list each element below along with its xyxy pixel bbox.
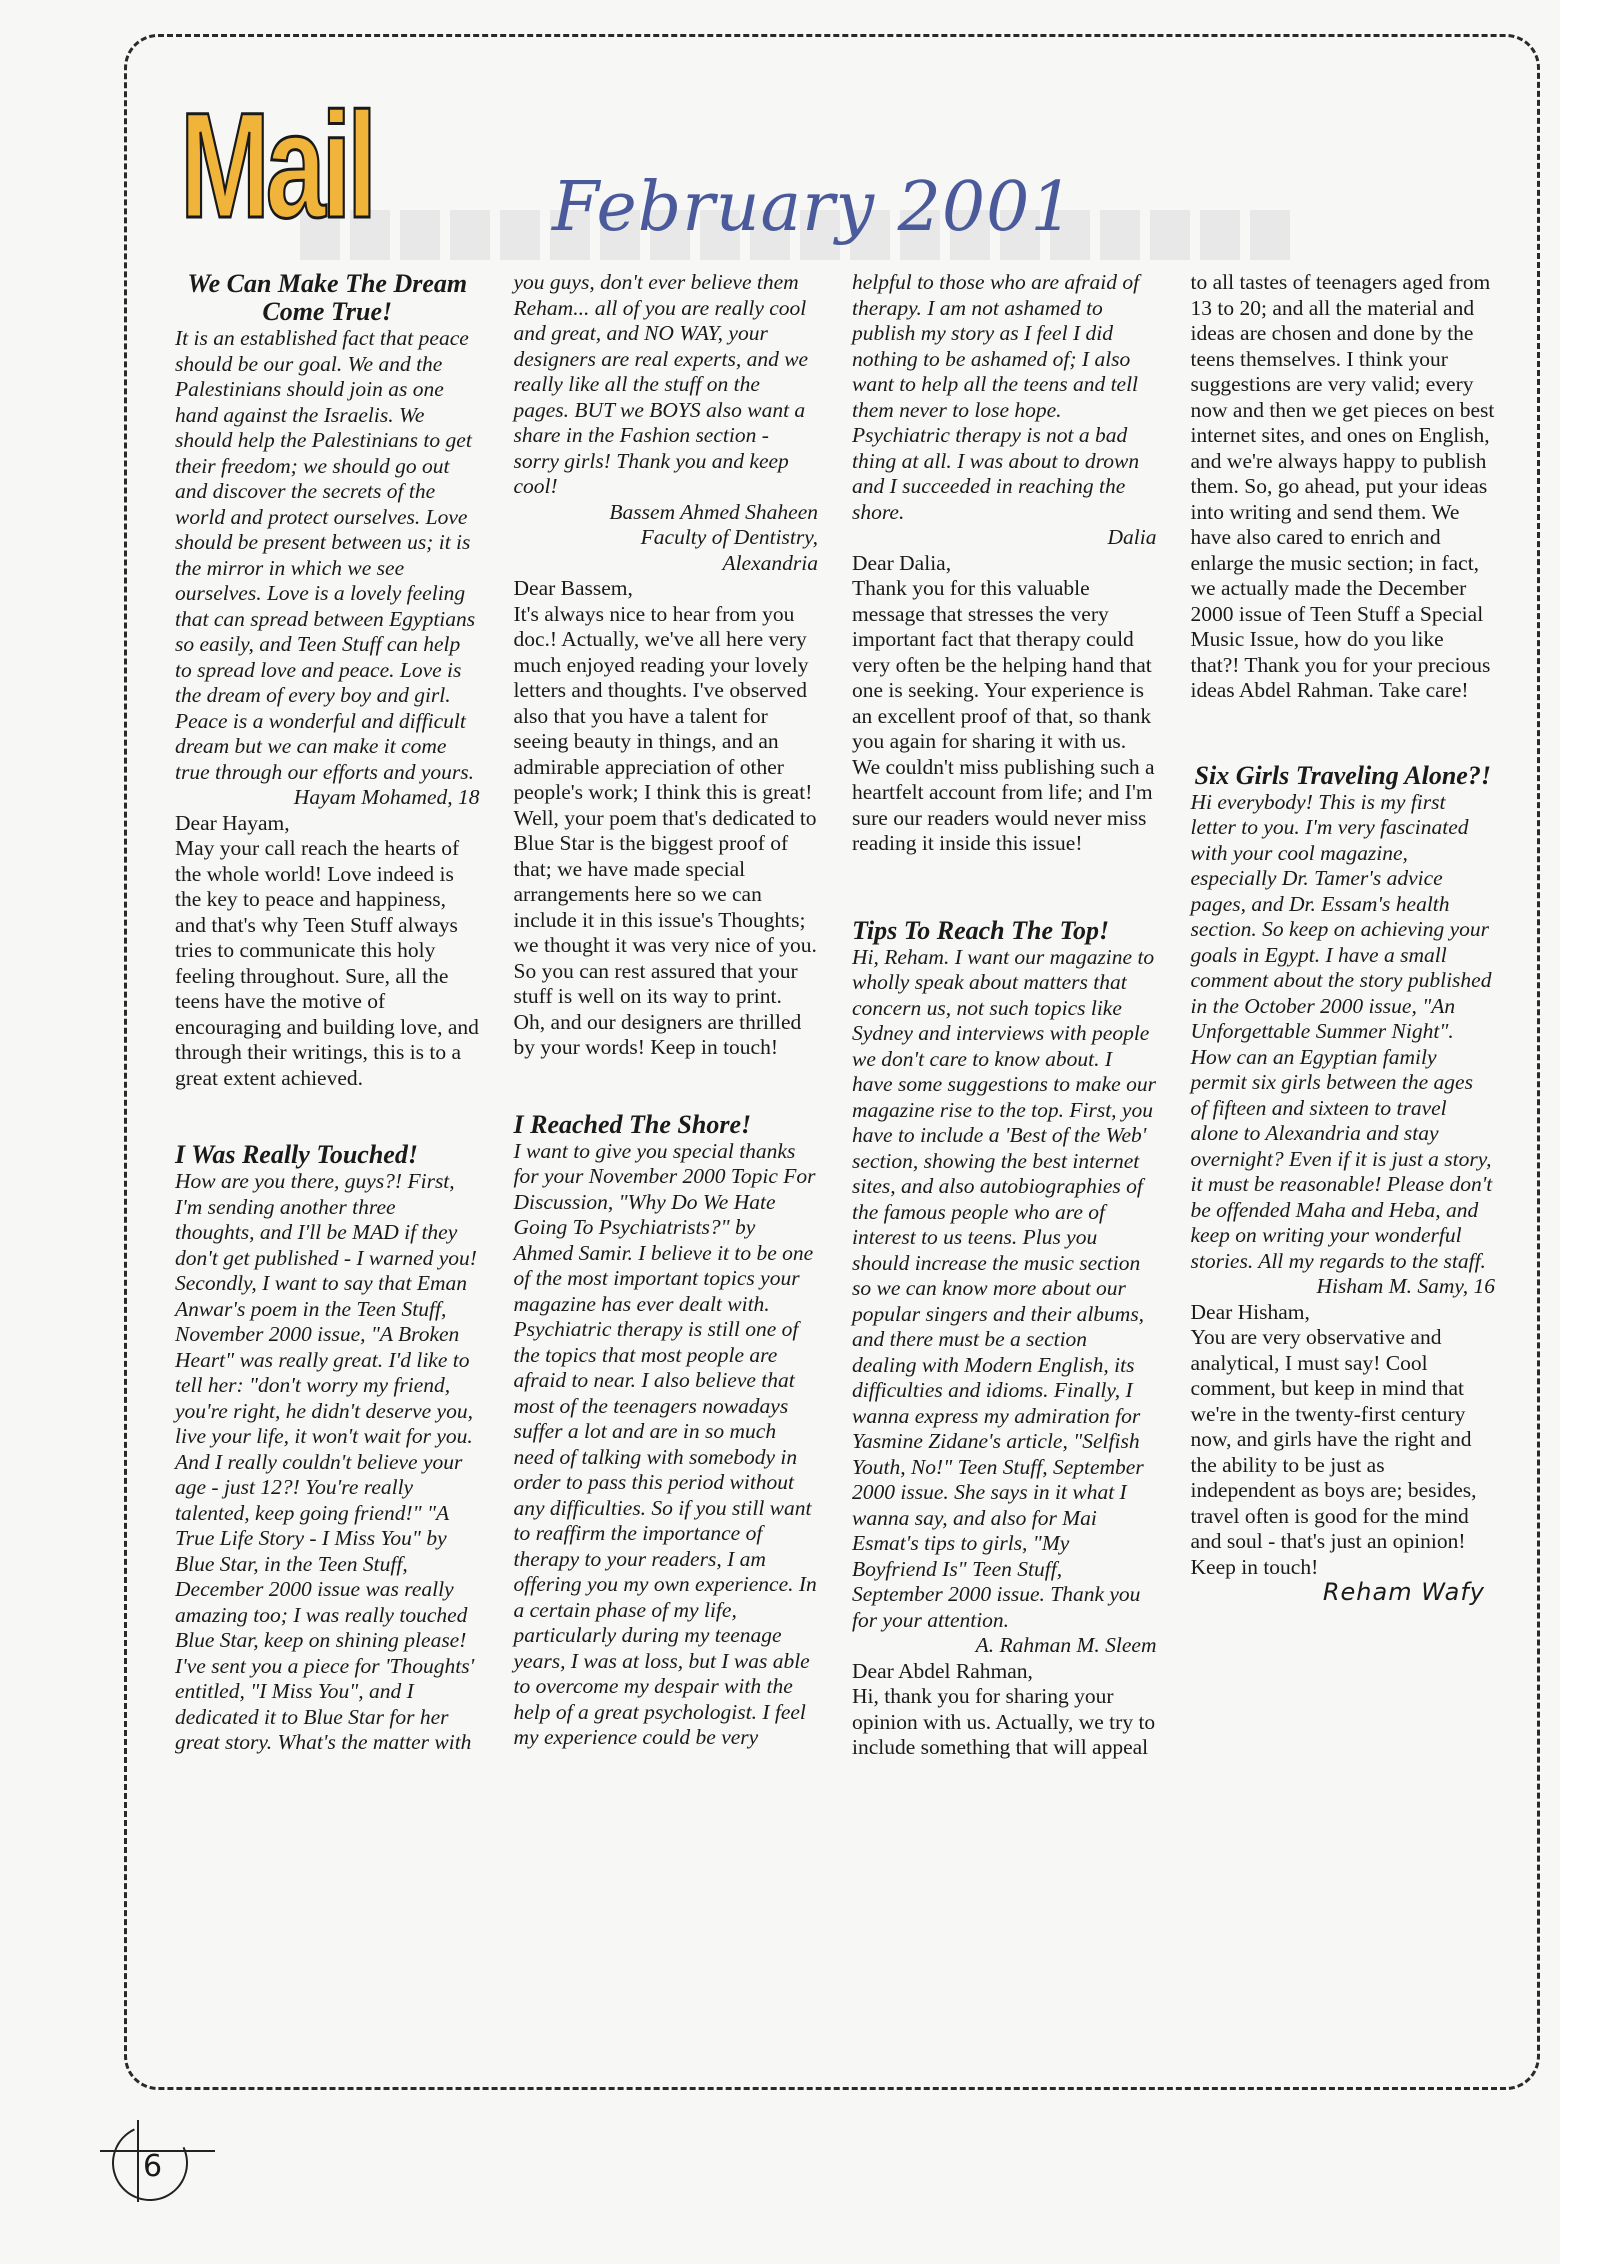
letter-body: I want to give you special thanks for yo… bbox=[514, 1139, 819, 1751]
letter-signature: Bassem Ahmed Shaheen bbox=[514, 500, 819, 526]
reply-salutation: Dear Dalia, bbox=[852, 551, 1157, 577]
reply-body: May your call reach the hearts of the wh… bbox=[175, 836, 480, 1091]
letter-body: Hi, Reham. I want our magazine to wholly… bbox=[852, 945, 1157, 1634]
reply-body: Hi, thank you for sharing your opinion w… bbox=[852, 1684, 1157, 1761]
letter-heading: We Can Make The Dream Come True! bbox=[175, 270, 480, 326]
page-header: Mail February 2001 bbox=[140, 60, 1440, 260]
page-number: 6 bbox=[143, 2152, 162, 2182]
reply-body-continued: to all tastes of teenagers aged from 13 … bbox=[1191, 270, 1496, 704]
column-3: helpful to those who are afraid of thera… bbox=[852, 270, 1157, 1811]
reply-salutation: Dear Hisham, bbox=[1191, 1300, 1496, 1326]
letter-body: How are you there, guys?! First, I'm sen… bbox=[175, 1169, 480, 1756]
letter-heading: I Reached The Shore! bbox=[514, 1111, 819, 1139]
letter-signature: Hisham M. Samy, 16 bbox=[1191, 1274, 1496, 1300]
letter-signature: Hayam Mohamed, 18 bbox=[175, 785, 480, 811]
letter: Tips To Reach The Top! Hi, Reham. I want… bbox=[852, 917, 1157, 1761]
paper-edge bbox=[1560, 0, 1600, 2264]
letter: I Was Really Touched! How are you there,… bbox=[175, 1141, 480, 1756]
letters-columns: We Can Make The Dream Come True! It is a… bbox=[175, 270, 1495, 1811]
column-1: We Can Make The Dream Come True! It is a… bbox=[175, 270, 480, 1811]
letter-body-continued: helpful to those who are afraid of thera… bbox=[852, 270, 1157, 525]
letter: We Can Make The Dream Come True! It is a… bbox=[175, 270, 480, 1091]
letter-signature: Dalia bbox=[852, 525, 1157, 551]
letter-heading: Tips To Reach The Top! bbox=[852, 917, 1157, 945]
letter-continuation: helpful to those who are afraid of thera… bbox=[852, 270, 1157, 857]
letter: I Reached The Shore! I want to give you … bbox=[514, 1111, 819, 1751]
letter: Six Girls Traveling Alone?! Hi everybody… bbox=[1191, 762, 1496, 1606]
letter-signature-city: Alexandria bbox=[514, 551, 819, 577]
reply-continuation: to all tastes of teenagers aged from 13 … bbox=[1191, 270, 1496, 704]
letter-heading: I Was Really Touched! bbox=[175, 1141, 480, 1169]
issue-date: February 2001 bbox=[552, 168, 1075, 247]
letter-signature: A. Rahman M. Sleem bbox=[852, 1633, 1157, 1659]
reply-body: You are very observative and analytical,… bbox=[1191, 1325, 1496, 1580]
reply-salutation: Dear Abdel Rahman, bbox=[852, 1659, 1157, 1685]
letter-signature-affiliation: Faculty of Dentistry, bbox=[514, 525, 819, 551]
reply-salutation: Dear Bassem, bbox=[514, 576, 819, 602]
letter-body: Hi everybody! This is my first letter to… bbox=[1191, 790, 1496, 1275]
reply-body: Thank you for this valuable message that… bbox=[852, 576, 1157, 857]
letter-body-continued: you guys, don't ever believe them Reham.… bbox=[514, 270, 819, 500]
reply-body: It's always nice to hear from you doc.! … bbox=[514, 602, 819, 1061]
column-2: you guys, don't ever believe them Reham.… bbox=[514, 270, 819, 1811]
letter-heading: Six Girls Traveling Alone?! bbox=[1191, 762, 1496, 790]
letter-body: It is an established fact that peace sho… bbox=[175, 326, 480, 785]
letter-continuation: you guys, don't ever believe them Reham.… bbox=[514, 270, 819, 1061]
section-title-logo: Mail bbox=[180, 90, 373, 240]
column-4: to all tastes of teenagers aged from 13 … bbox=[1191, 270, 1496, 1811]
reply-salutation: Dear Hayam, bbox=[175, 811, 480, 837]
page-number-badge: 6 bbox=[100, 2090, 220, 2190]
editor-signature: Reham Wafy bbox=[1191, 1580, 1496, 1606]
